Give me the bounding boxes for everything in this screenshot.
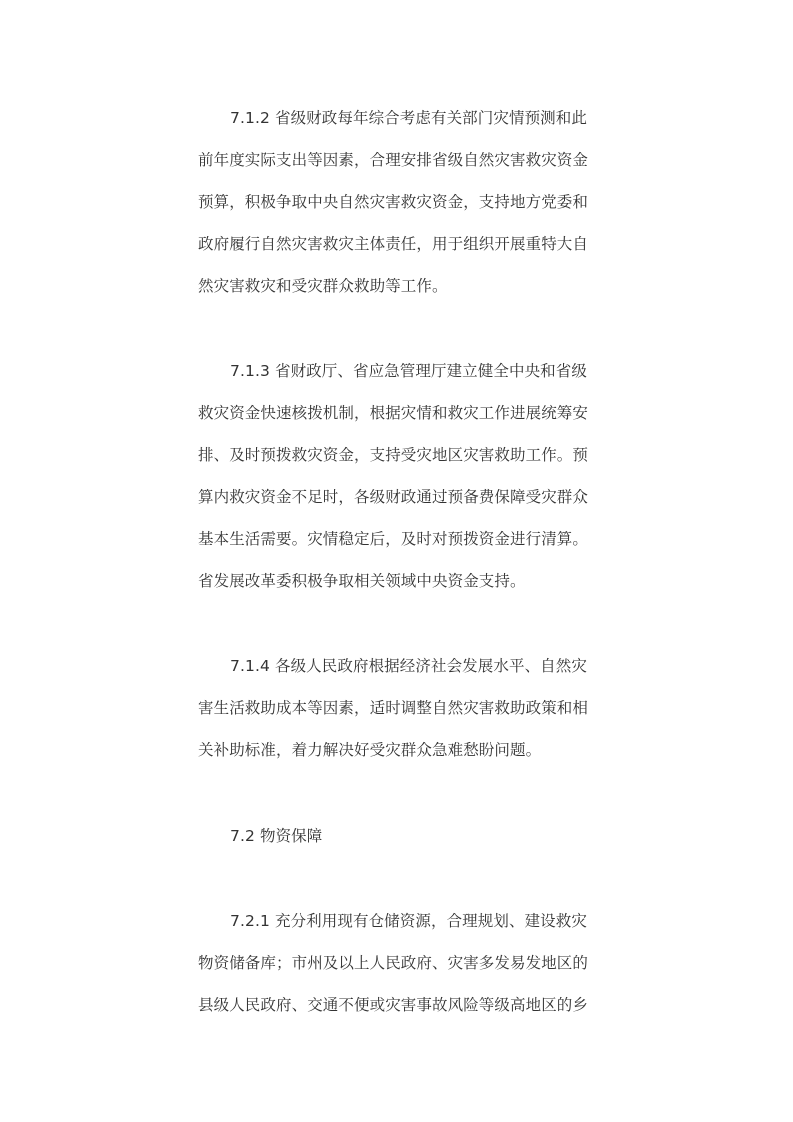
document-page: 7.1.2 省级财政每年综合考虑有关部门灾情预测和此 前年度实际支出等因素，合理… — [0, 0, 793, 1122]
paragraph-line: 7.2.1 充分利用现有仓储资源，合理规划、建设救灾 — [230, 911, 640, 931]
paragraph-line: 7.1.2 省级财政每年综合考虑有关部门灾情预测和此 — [230, 108, 640, 128]
paragraph-line: 物资储备库；市州及以上人民政府、灾害多发易发地区的 — [198, 953, 608, 973]
paragraph-line: 救灾资金快速核拨机制，根据灾情和救灾工作进展统筹安 — [198, 403, 608, 423]
section-heading: 7.2 物资保障 — [230, 826, 640, 846]
paragraph-line: 政府履行自然灾害救灾主体责任，用于组织开展重特大自 — [198, 234, 608, 254]
paragraph-line: 预算，积极争取中央自然灾害救灾资金，支持地方党委和 — [198, 192, 608, 212]
paragraph-line: 7.1.4 各级人民政府根据经济社会发展水平、自然灾 — [230, 656, 640, 676]
paragraph-line: 基本生活需要。灾情稳定后，及时对预拨资金进行清算。 — [198, 529, 608, 549]
paragraph-line: 县级人民政府、交通不便或灾害事故风险等级高地区的乡 — [198, 995, 608, 1015]
paragraph-line: 关补助标准，着力解决好受灾群众急难愁盼问题。 — [198, 740, 608, 760]
paragraph-line: 排、及时预拨救灾资金，支持受灾地区灾害救助工作。预 — [198, 445, 608, 465]
paragraph-line: 省发展改革委积极争取相关领域中央资金支持。 — [198, 571, 608, 591]
paragraph-line: 然灾害救灾和受灾群众救助等工作。 — [198, 276, 608, 296]
paragraph-line: 害生活救助成本等因素，适时调整自然灾害救助政策和相 — [198, 698, 608, 718]
paragraph-line: 算内救灾资金不足时，各级财政通过预备费保障受灾群众 — [198, 487, 608, 507]
paragraph-line: 7.1.3 省财政厅、省应急管理厅建立健全中央和省级 — [230, 361, 640, 381]
paragraph-line: 前年度实际支出等因素，合理安排省级自然灾害救灾资金 — [198, 150, 608, 170]
